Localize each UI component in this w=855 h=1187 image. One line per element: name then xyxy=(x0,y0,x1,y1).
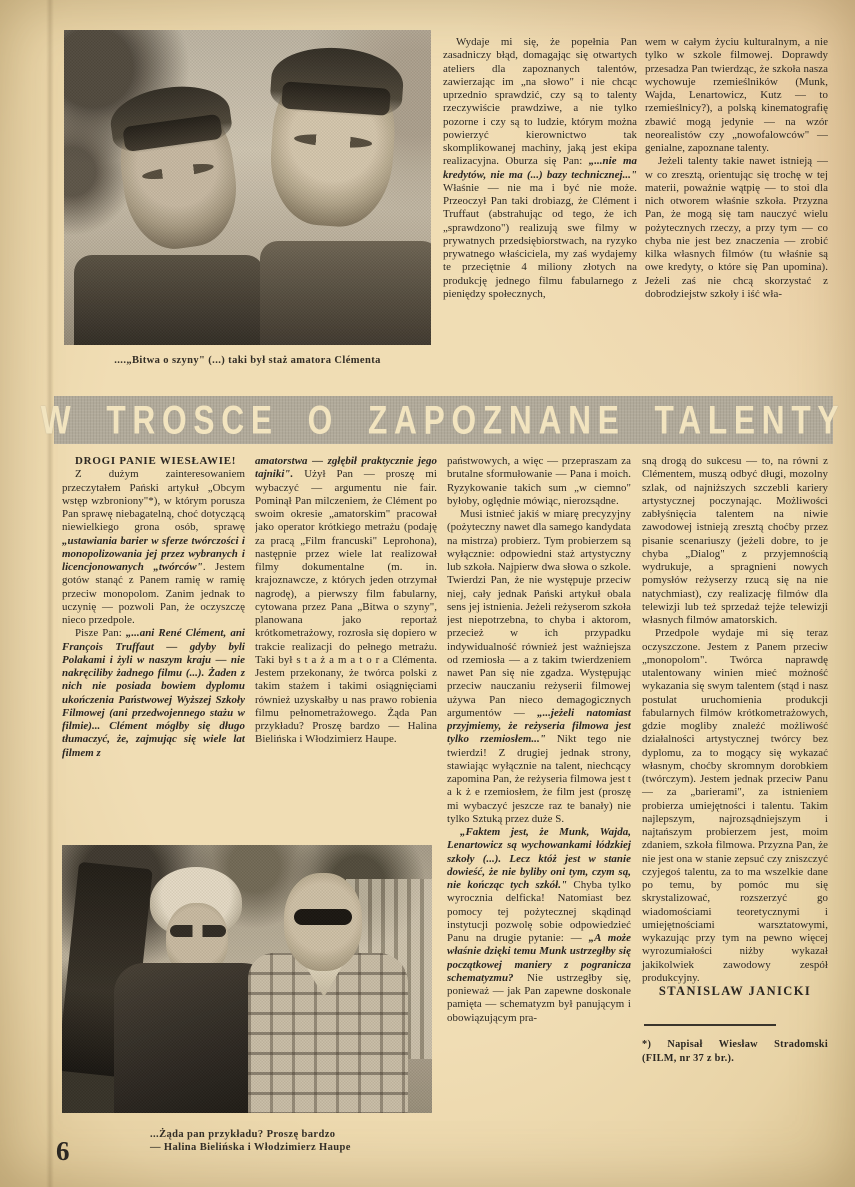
left-man-face xyxy=(112,89,244,255)
footnote-line1: *) Napisał Wiesław Stradomski xyxy=(642,1038,828,1052)
intro-column-left: Wydaje mi się, że popełnia Pan zasadnicz… xyxy=(443,36,637,301)
magazine-page: ....„Bitwa o szyny" (...) taki był staż … xyxy=(0,0,855,1187)
eyes-shape xyxy=(142,161,214,181)
top-photo-caption: ....„Bitwa o szyny" (...) taki był staż … xyxy=(64,354,431,367)
top-film-still-photo xyxy=(64,30,431,345)
article-column-4-text: sną drogą do sukcesu — to, na równi z Cl… xyxy=(642,455,828,985)
footnote-divider xyxy=(644,1024,776,1026)
article-column-1: DROGI PANIE WIESŁAWIE!Z dużym zaintereso… xyxy=(62,455,245,840)
right-man-torso xyxy=(260,241,431,345)
man-face-shape xyxy=(284,873,362,971)
left-man-torso xyxy=(74,255,264,345)
right-man-face xyxy=(266,54,399,230)
article-column-2: amatorstwa — zgłębił praktycznie jego ta… xyxy=(255,455,437,840)
bottom-caption-line1: ...Żąda pan przykładu? Proszę bardzo xyxy=(150,1128,450,1141)
man-sunglasses-shape xyxy=(294,909,352,925)
page-number: 6 xyxy=(56,1136,70,1167)
footnote: *) Napisał Wiesław Stradomski (FILM, nr … xyxy=(642,1038,828,1066)
eyes-shape xyxy=(294,133,373,150)
article-column-4: sną drogą do sukcesu — to, na równi z Cl… xyxy=(642,455,828,1066)
author-signature: STANISLAW JANICKI xyxy=(642,985,828,998)
intro-column-right: wem w całym życiu kulturalnym, a nie tyl… xyxy=(645,36,828,301)
headline-band: W TROSCE O ZAPOZNANE TALENTY xyxy=(54,396,833,444)
bottom-photo-caption: ...Żąda pan przykładu? Proszę bardzo — H… xyxy=(150,1128,450,1154)
woman-glasses-shape xyxy=(170,925,226,937)
bottom-photo xyxy=(62,845,432,1113)
article-column-3: państwowych, a więc — przepraszam za bru… xyxy=(447,455,631,1167)
headline-title: W TROSCE O ZAPOZNANE TALENTY xyxy=(41,397,846,443)
footnote-line2: (FILM, nr 37 z br.). xyxy=(642,1052,828,1066)
bottom-caption-line2: — Halina Bielińska i Włodzimierz Haupe xyxy=(150,1141,450,1154)
